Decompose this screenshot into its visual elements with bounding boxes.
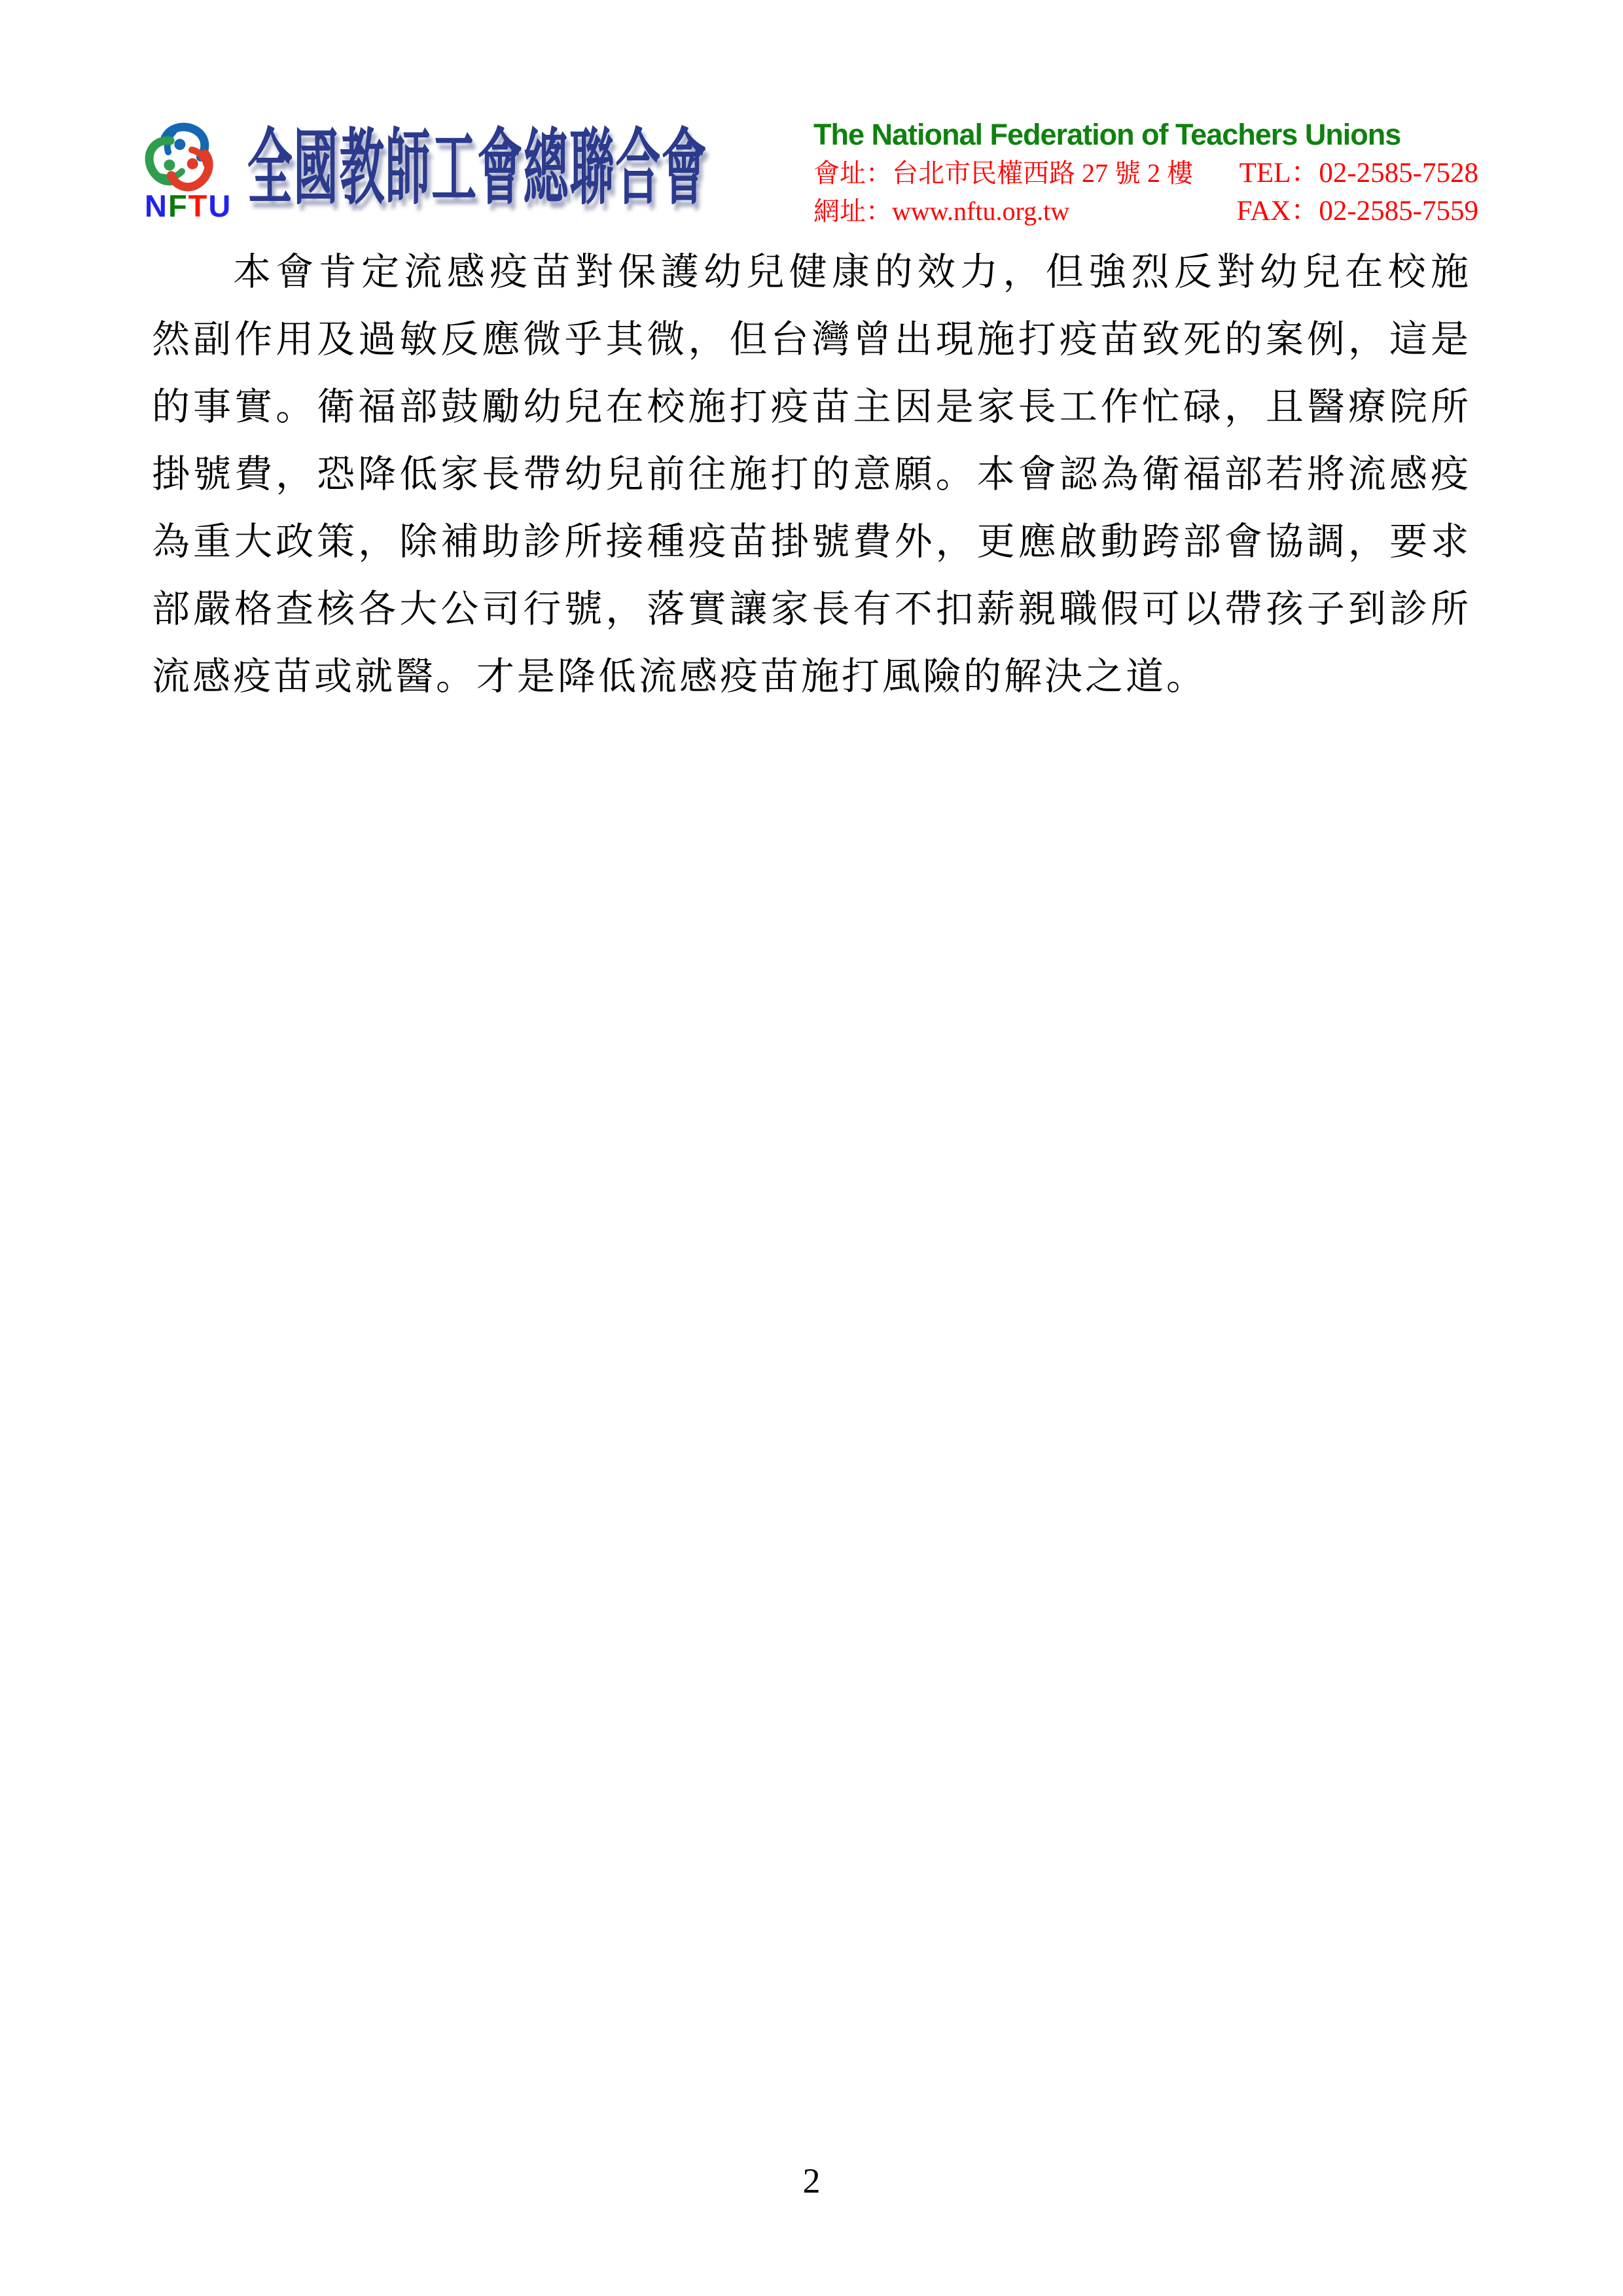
- page-number: 2: [0, 2161, 1623, 2200]
- nftu-acronym: NFTU: [145, 192, 232, 221]
- document-page: NFTU 全國教師工會總聯合會 The National Federation …: [0, 0, 1623, 2296]
- header-contact-block: The National Federation of Teachers Unio…: [813, 120, 1478, 225]
- org-name-zh: 全國教師工會總聯合會: [247, 122, 707, 213]
- tel-label: TEL：02-2585-7528: [1240, 159, 1478, 187]
- contact-row-website: 網址：www.nftu.org.tw FAX：02-2585-7559: [813, 197, 1478, 225]
- address-label: 會址：台北市民權西路 27 號 2 樓: [813, 159, 1193, 187]
- nftu-letter-f: F: [168, 188, 188, 223]
- nftu-letter-n: N: [145, 188, 168, 223]
- body-line: 部嚴格查核各大公司行號，落實讓家長有不扣薪親職假可以帶孩子到診所施打: [152, 575, 1471, 643]
- nftu-triskelion-icon: [141, 117, 220, 196]
- body-line: 為重大政策，除補助診所接種疫苗掛號費外，更應啟動跨部會協調，要求勞動: [152, 508, 1471, 575]
- website-label: 網址：www.nftu.org.tw: [813, 197, 1069, 225]
- body-line: 流感疫苗或就醫。才是降低流感疫苗施打風險的解決之道。: [152, 643, 1471, 710]
- contact-row-address: 會址：台北市民權西路 27 號 2 樓 TEL：02-2585-7528: [813, 159, 1478, 187]
- nftu-letter-t: T: [188, 188, 209, 223]
- nftu-letter-u: U: [208, 188, 232, 223]
- fax-label: FAX：02-2585-7559: [1237, 197, 1478, 225]
- org-name-en: The National Federation of Teachers Unio…: [813, 120, 1478, 149]
- body-line: 掛號費，恐降低家長帶幼兒前往施打的意願。本會認為衛福部若將流感疫苗視: [152, 440, 1471, 508]
- body-line: 的事實。衛福部鼓勵幼兒在校施打疫苗主因是家長工作忙碌，且醫療院所要收: [152, 373, 1471, 440]
- body-line: 本會肯定流感疫苗對保護幼兒健康的效力，但強烈反對幼兒在校施打，雖: [152, 238, 1471, 306]
- body-line: 然副作用及過敏反應微乎其微，但台灣曾出現施打疫苗致死的案例，這是不爭: [152, 306, 1471, 373]
- body-paragraph: 本會肯定流感疫苗對保護幼兒健康的效力，但強烈反對幼兒在校施打，雖 然副作用及過敏…: [152, 238, 1471, 710]
